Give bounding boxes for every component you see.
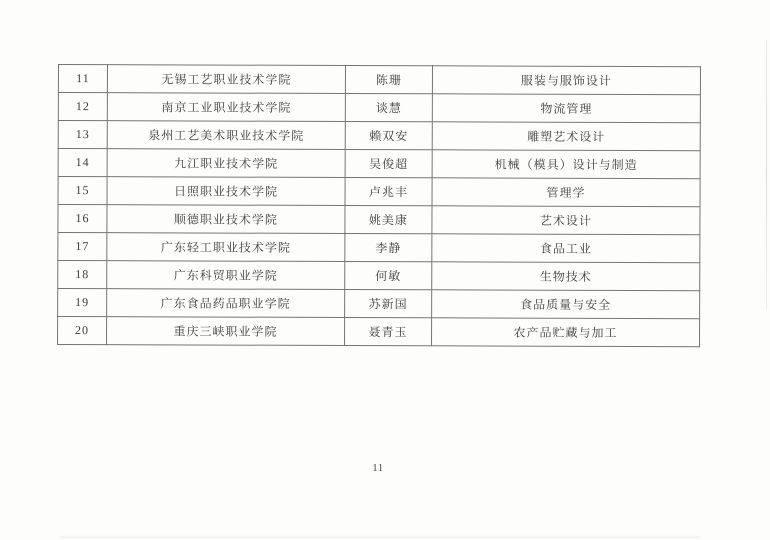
table-row: 15 日照职业技术学院 卢兆丰 管理学 <box>58 177 700 207</box>
table-row: 20 重庆三峡职业学院 聂青玉 农产品贮藏与加工 <box>58 317 700 347</box>
person-name-cell: 苏新国 <box>345 290 432 318</box>
scan-edge-artifact <box>766 40 767 310</box>
person-name-cell: 聂青玉 <box>345 318 432 346</box>
subject-cell: 食品质量与安全 <box>432 290 700 319</box>
person-name-cell: 何敏 <box>345 262 432 290</box>
table-row: 11 无锡工艺职业技术学院 陈珊 服装与服饰设计 <box>58 65 700 95</box>
subject-cell: 雕塑艺术设计 <box>432 122 700 151</box>
scan-shadow-artifact <box>60 535 700 538</box>
institution-cell: 九江职业技术学院 <box>107 149 345 178</box>
subject-cell: 生物技术 <box>432 262 700 291</box>
row-number-cell: 15 <box>58 177 107 205</box>
table-row: 13 泉州工艺美术职业技术学院 赖双安 雕塑艺术设计 <box>58 121 700 151</box>
table-body: 11 无锡工艺职业技术学院 陈珊 服装与服饰设计 12 南京工业职业技术学院 谈… <box>58 65 701 347</box>
row-number-cell: 16 <box>58 205 107 233</box>
person-name-cell: 赖双安 <box>345 122 432 150</box>
table-row: 18 广东科贸职业学院 何敏 生物技术 <box>58 261 700 291</box>
institution-cell: 广东轻工职业技术学院 <box>107 233 345 262</box>
institution-cell: 南京工业职业技术学院 <box>107 93 345 122</box>
subject-cell: 管理学 <box>432 178 700 207</box>
table-row: 19 广东食品药品职业学院 苏新国 食品质量与安全 <box>58 289 700 319</box>
row-number-cell: 14 <box>58 149 107 177</box>
person-name-cell: 吴俊超 <box>345 150 432 178</box>
institution-cell: 广东食品药品职业学院 <box>107 289 345 318</box>
person-name-cell: 陈珊 <box>345 66 432 94</box>
institution-cell: 顺德职业技术学院 <box>107 205 345 234</box>
row-number-cell: 17 <box>58 233 107 261</box>
scanned-document-page: 11 无锡工艺职业技术学院 陈珊 服装与服饰设计 12 南京工业职业技术学院 谈… <box>0 0 770 540</box>
row-number-cell: 19 <box>58 289 107 317</box>
subject-cell: 服装与服饰设计 <box>432 66 700 95</box>
assignments-table: 11 无锡工艺职业技术学院 陈珊 服装与服饰设计 12 南京工业职业技术学院 谈… <box>57 64 701 347</box>
row-number-cell: 20 <box>58 317 107 345</box>
row-number-cell: 12 <box>58 93 107 121</box>
institution-cell: 广东科贸职业学院 <box>107 261 345 290</box>
row-number-cell: 13 <box>58 121 107 149</box>
person-name-cell: 卢兆丰 <box>345 178 432 206</box>
subject-cell: 机械（模具）设计与制造 <box>432 150 700 179</box>
table-row: 16 顺德职业技术学院 姚美康 艺术设计 <box>58 205 700 235</box>
person-name-cell: 李静 <box>345 234 432 262</box>
page-number: 11 <box>358 462 398 474</box>
table-row: 17 广东轻工职业技术学院 李静 食品工业 <box>58 233 700 263</box>
institution-cell: 日照职业技术学院 <box>107 177 345 206</box>
person-name-cell: 谈慧 <box>345 94 432 122</box>
row-number-cell: 18 <box>58 261 107 289</box>
table-row: 14 九江职业技术学院 吴俊超 机械（模具）设计与制造 <box>58 149 700 179</box>
institution-cell: 泉州工艺美术职业技术学院 <box>107 121 345 150</box>
table-container: 11 无锡工艺职业技术学院 陈珊 服装与服饰设计 12 南京工业职业技术学院 谈… <box>57 64 701 347</box>
subject-cell: 农产品贮藏与加工 <box>432 318 700 347</box>
row-number-cell: 11 <box>58 65 107 93</box>
person-name-cell: 姚美康 <box>345 206 432 234</box>
table-row: 12 南京工业职业技术学院 谈慧 物流管理 <box>58 93 700 123</box>
subject-cell: 艺术设计 <box>432 206 700 235</box>
institution-cell: 重庆三峡职业学院 <box>107 317 345 346</box>
subject-cell: 物流管理 <box>432 94 700 123</box>
subject-cell: 食品工业 <box>432 234 700 263</box>
institution-cell: 无锡工艺职业技术学院 <box>107 65 345 94</box>
